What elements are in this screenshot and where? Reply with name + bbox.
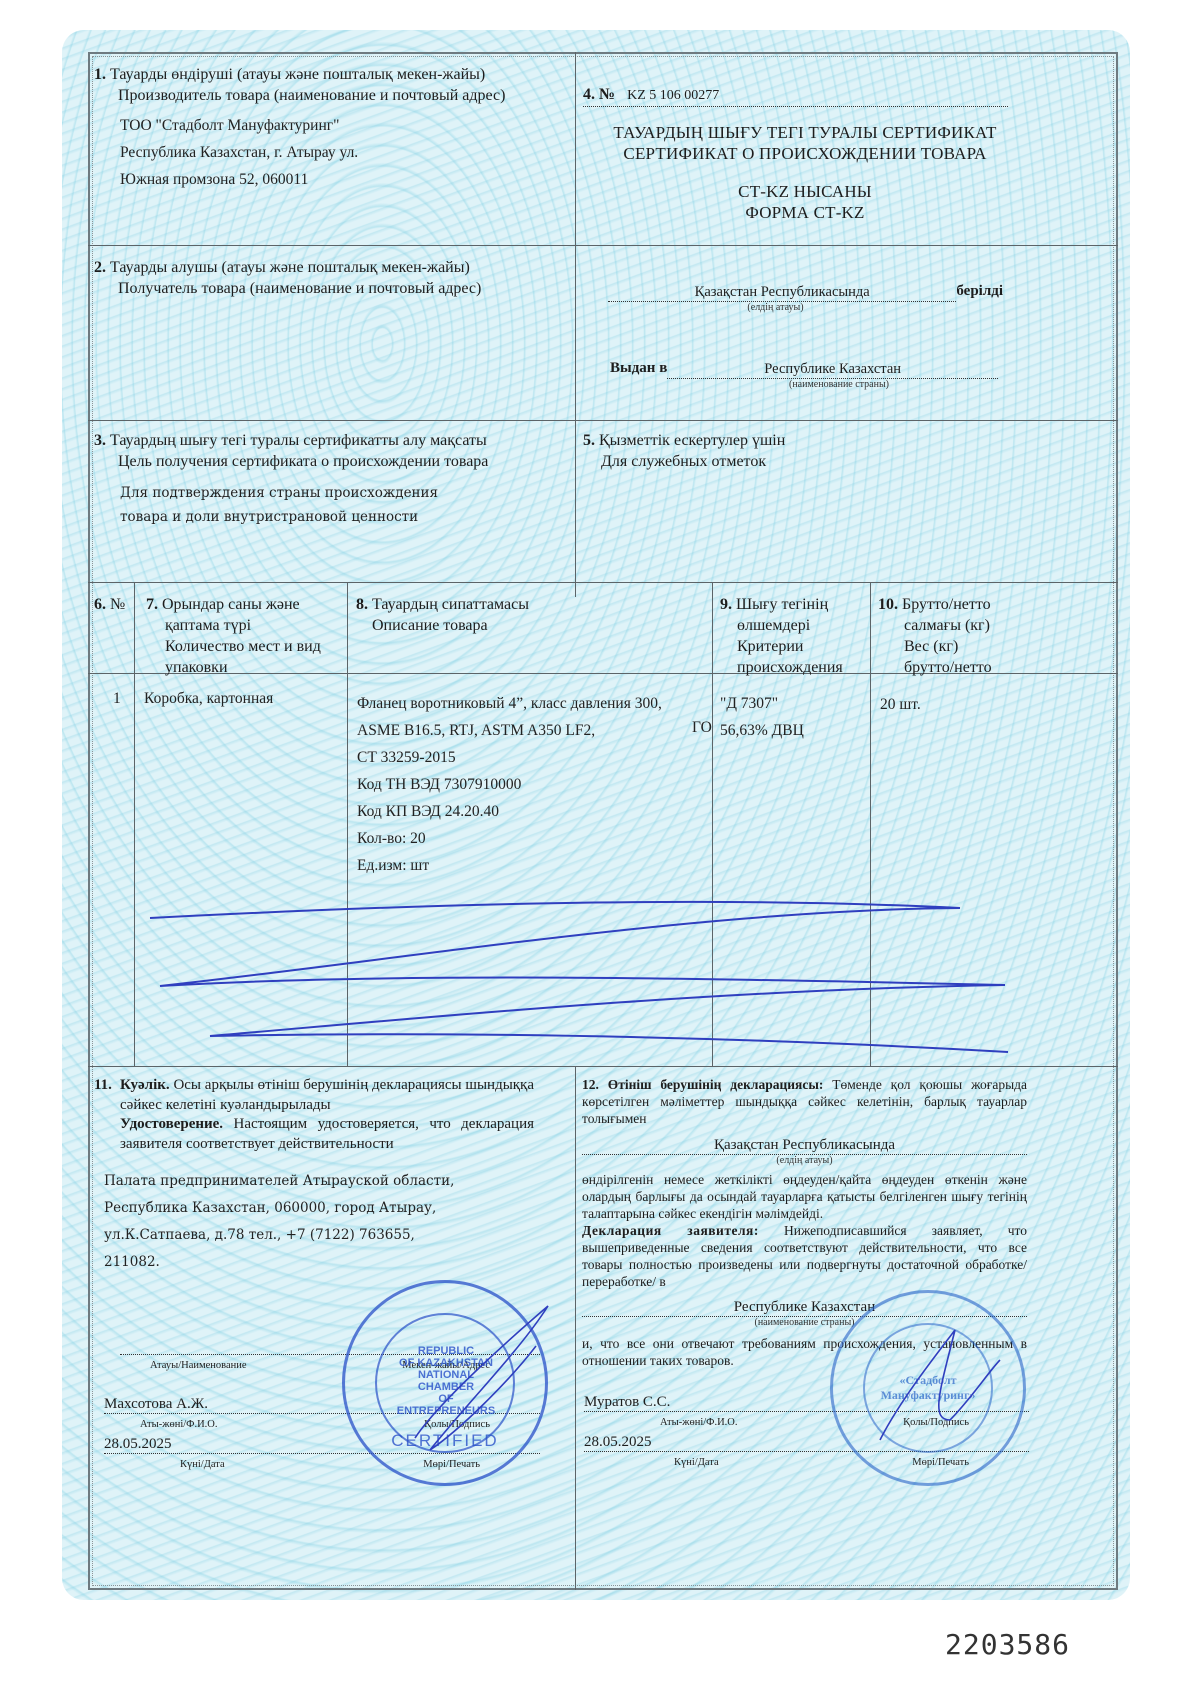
box-2-label-kz: Тауарды алушы (атауы және пошталық мекен… — [110, 259, 470, 276]
divider — [712, 582, 713, 1066]
divider — [88, 1066, 1118, 1067]
serial-number: 2203586 — [945, 1628, 1070, 1661]
issued-country-kz-value: Қазақстан Республикасында — [608, 283, 956, 302]
certifying-organization: Палата предпринимателей Атырауской облас… — [104, 1168, 564, 1276]
producer-address-2: Южная промзона 52, 060011 — [120, 166, 569, 193]
caption-date: Күні/Дата — [180, 1454, 225, 1475]
certificate-number: KZ 5 106 00277 — [619, 88, 719, 103]
chamber-stamp: REPUBLIC OF KAZAKHSTAN NATIONAL CHAMBER … — [342, 1280, 548, 1486]
certificate-title: ТАУАРДЫҢ ШЫҒУ ТЕГІ ТУРАЛЫ СЕРТИФИКАТ СЕР… — [585, 122, 1025, 223]
issued-prefix-ru: Выдан в — [610, 358, 667, 379]
header-10-weight: 10. Брутто/нетто салмағы (кг) Вес (кг) б… — [878, 594, 1016, 678]
row-1-description: Фланец воротниковый 4”, класс давления 3… — [357, 690, 707, 879]
box-12-title-kz: 12. Өтініш берушінің декларациясы: — [582, 1077, 823, 1092]
issued-caption-kz: (елдің атауы) — [608, 302, 943, 314]
divider — [88, 420, 1118, 421]
divider — [575, 52, 576, 597]
box-11-title-ru: Удостоверение. — [120, 1116, 223, 1132]
row-1-weight: 20 шт. — [880, 694, 921, 715]
header-6-number: 6. № — [94, 594, 134, 615]
box-1-label-kz: Тауарды өндіруші (атауы және пошталық ме… — [110, 66, 485, 83]
caption-fio: Аты-жөні/Ф.И.О. — [140, 1414, 218, 1435]
box-5-label-kz: Қызметтік ескертулер үшін — [599, 432, 785, 449]
divider — [134, 582, 135, 1066]
header-8-description: 8. Тауардың сипаттамасы Описание товара — [356, 594, 706, 636]
company-stamp: «Стадболт Мануфактуринг» — [830, 1290, 1026, 1486]
divider — [870, 582, 871, 1066]
certificate-title-kz: ТАУАРДЫҢ ШЫҒУ ТЕГІ ТУРАЛЫ СЕРТИФИКАТ — [585, 122, 1025, 143]
producer-name: ТОО "Стадболт Мануфактуринг" — [120, 112, 569, 139]
issued-country-ru-value: Республике Казахстан — [667, 360, 998, 379]
header-9-criteria: 9. Шығу тегінің өлшемдері Критерии проис… — [720, 594, 868, 678]
issued-suffix-kz: берілді — [956, 281, 1003, 302]
divider — [575, 1066, 576, 1590]
purpose-line-2: товара и доли внутристрановой ценности — [120, 505, 569, 529]
row-1-number: 1 — [113, 688, 121, 709]
issued-country-kz: Қазақстан Республикасында берілді (елдің… — [608, 281, 1003, 314]
row-1-criteria: "Д 7307" 56,63% ДВЦ — [720, 690, 868, 744]
box-12-title-ru: Декларация заявителя: — [582, 1223, 759, 1238]
box-2-number: 2. — [94, 259, 106, 276]
box-12-text-kz-2: өндірілгенін немесе жеткілікті өңдеуден/… — [582, 1171, 1027, 1222]
box-2-consignee: 2. Тауарды алушы (атауы және пошталық ме… — [94, 257, 569, 299]
issued-caption-ru: (наименование страны) — [680, 379, 998, 391]
box-11-number: 11. — [94, 1076, 120, 1154]
box-1-label-ru: Производитель товара (наименование и поч… — [94, 85, 569, 106]
row-1-description-overflow: ГО — [692, 717, 712, 738]
row-1-packages: Коробка, картонная — [144, 688, 273, 709]
box-12-caption-kz: (елдің атауы) — [582, 1155, 1027, 1167]
box-3-purpose: 3. Тауардың шығу тегі туралы сертификатт… — [94, 430, 569, 529]
box-5-label-ru: Для служебных отметок — [583, 451, 1013, 472]
certificate-number-label: 4. № — [583, 86, 615, 103]
producer-address-1: Республика Казахстан, г. Атырау ул. — [120, 139, 569, 166]
box-11-text-kz: Осы арқылы өтініш берушінің декларациясы… — [120, 1077, 534, 1113]
box-5-number: 5. — [583, 432, 595, 449]
box-12-country-kz: Қазақстан Республикасында — [582, 1136, 1027, 1155]
certificate-form-ru: ФОРМА СТ-KZ — [585, 202, 1025, 223]
certificate-form-kz: СТ-KZ НЫСАНЫ — [585, 181, 1025, 202]
caption-date-12: Күні/Дата — [674, 1452, 719, 1473]
box-4-certificate-number: 4. № KZ 5 106 00277 — [583, 84, 1008, 107]
certificate-title-ru: СЕРТИФИКАТ О ПРОИСХОЖДЕНИИ ТОВАРА — [585, 143, 1025, 164]
divider — [88, 582, 1118, 583]
caption-name: Атауы/Наименование — [150, 1355, 247, 1376]
box-1-producer: 1. Тауарды өндіруші (атауы және пошталық… — [94, 64, 569, 193]
box-3-number: 3. — [94, 432, 106, 449]
box-2-label-ru: Получатель товара (наименование и почтов… — [94, 278, 569, 299]
divider — [347, 582, 348, 1066]
box-11-certification: 11. Куәлік. Осы арқылы өтініш берушінің … — [94, 1076, 534, 1154]
purpose-line-1: Для подтверждения страны происхождения — [120, 481, 569, 505]
issued-country-ru: Выдан в Республике Казахстан (наименован… — [610, 358, 998, 391]
box-11-title-kz: Куәлік. — [120, 1077, 170, 1093]
box-3-label-kz: Тауардың шығу тегі туралы сертификатты а… — [110, 432, 487, 449]
caption-fio-12: Аты-жөні/Ф.И.О. — [660, 1412, 738, 1433]
box-3-label-ru: Цель получения сертификата о происхожден… — [94, 451, 569, 472]
divider — [88, 245, 1118, 246]
header-7-packages: 7. Орындар саны және қаптама түрі Количе… — [146, 594, 346, 678]
box-1-number: 1. — [94, 66, 106, 83]
box-5-official-use: 5. Қызметтік ескертулер үшін Для служебн… — [583, 430, 1013, 472]
